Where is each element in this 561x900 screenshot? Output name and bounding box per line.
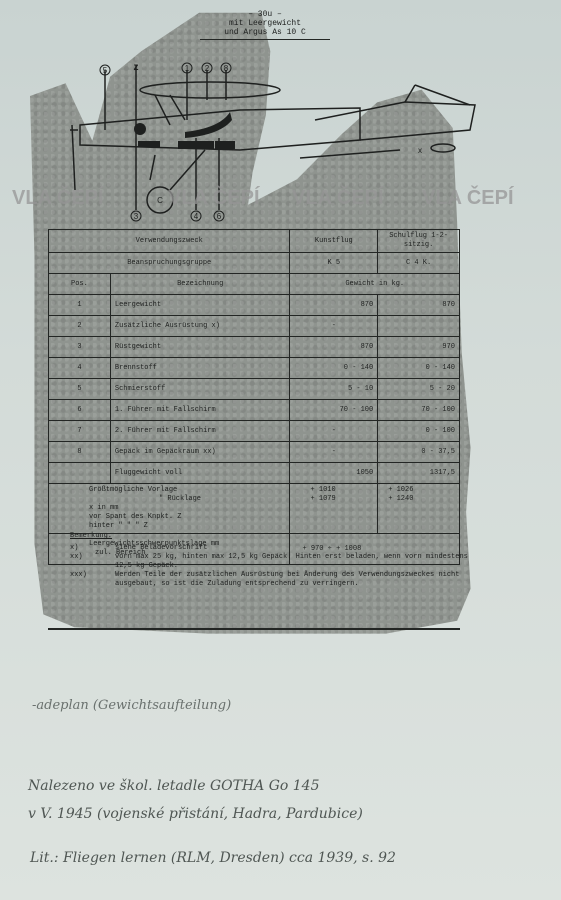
remarks-section: Bemerkung. x) siehe Beladevorschrift xx)…: [70, 532, 470, 589]
top-fragment-line3: und Argus As 10 C: [200, 28, 330, 37]
cg-label-line: x in mm: [89, 504, 285, 513]
row-pos: 8: [49, 442, 111, 463]
row-pos: 5: [49, 379, 111, 400]
row-pos: 3: [49, 337, 111, 358]
handwritten-date-note: v V. 1945 (vojenské přistání, Hadra, Par…: [28, 806, 363, 822]
row-value-a: 70 - 100: [290, 400, 378, 421]
remark-item: x) siehe Beladevorschrift: [70, 544, 470, 553]
row-name: Leergewicht: [110, 295, 290, 316]
row-pos: 2: [49, 316, 111, 337]
cg-range-b: + 1026 + 1240: [378, 484, 460, 534]
bottom-border-line: [48, 628, 460, 630]
row-value-b: 970: [378, 337, 460, 358]
handwritten-literature-note: Lit.: Fliegen lernen (RLM, Dresden) cca …: [30, 850, 396, 866]
cg-label-line: Größtmögliche Vorlage: [89, 486, 285, 495]
row-value-a: -: [290, 442, 378, 463]
verwendungszweck-label: Verwendungszweck: [49, 230, 290, 253]
cg-range-label: Größtmögliche Vorlage " Rücklage x in mm…: [49, 484, 290, 534]
table-row: 5 Schmierstoff 5 - 10 5 - 20: [49, 379, 460, 400]
table-row: 2 Zusätzliche Ausrüstung x) -: [49, 316, 460, 337]
table-header-row: Verwendungszweck Kunstflug Schulflug 1-2…: [49, 230, 460, 253]
remark-key: xx): [70, 553, 115, 571]
row-name: 1. Führer mit Fallschirm: [110, 400, 290, 421]
row-name: 2. Führer mit Fallschirm: [110, 421, 290, 442]
group-b: C 4 K.: [378, 253, 460, 274]
svg-text:C: C: [157, 196, 163, 205]
col-b-header: Schulflug 1-2-sitzig.: [378, 230, 460, 253]
row-value-b: 0 - 37,5: [378, 442, 460, 463]
pos-header: Pos.: [49, 274, 111, 295]
row-value-a: -: [290, 421, 378, 442]
table-row: 7 2. Führer mit Fallschirm - 0 - 100: [49, 421, 460, 442]
svg-text:z: z: [134, 62, 139, 73]
group-a: K 5: [290, 253, 378, 274]
row-value-a: 1050: [290, 463, 378, 484]
table-row: 8 Gepäck im Gepäckraum xx) - 0 - 37,5: [49, 442, 460, 463]
handwritten-title: -adeplan (Gewichtsaufteilung): [32, 698, 231, 713]
row-value-b: 0 - 140: [378, 358, 460, 379]
row-pos: 1: [49, 295, 111, 316]
cg-b-line: + 1240: [388, 495, 455, 504]
svg-text:x: x: [418, 146, 422, 155]
row-pos: 6: [49, 400, 111, 421]
svg-text:3: 3: [134, 212, 139, 221]
remark-text: siehe Beladevorschrift: [115, 544, 470, 553]
row-value-b: 0 - 100: [378, 421, 460, 442]
remark-key: xxx): [70, 571, 115, 589]
row-pos: [49, 463, 111, 484]
svg-text:1: 1: [185, 64, 190, 73]
top-fragment-line1: – 30u –: [200, 10, 330, 19]
table-column-header-row: Pos. Bezeichnung Gewicht in kg.: [49, 274, 460, 295]
cg-a-line: + 1079: [310, 495, 373, 504]
row-value-a: 870: [290, 295, 378, 316]
cg-range-row: Größtmögliche Vorlage " Rücklage x in mm…: [49, 484, 460, 534]
svg-text:2: 2: [205, 64, 210, 73]
watermark: VLA ČEPÍ: [168, 187, 260, 210]
row-value-b: 70 - 100: [378, 400, 460, 421]
top-fragment-text: – 30u – mit Leergewicht und Argus As 10 …: [200, 10, 330, 40]
cg-b-line: + 1026: [388, 486, 455, 495]
table-row-total: Fluggewicht voll 1050 1317,5: [49, 463, 460, 484]
row-value-b: 1317,5: [378, 463, 460, 484]
row-value-b: [378, 316, 460, 337]
cg-range-a: + 1010 + 1079: [290, 484, 378, 534]
row-name: Fluggewicht voll: [110, 463, 290, 484]
row-name: Zusätzliche Ausrüstung x): [110, 316, 290, 337]
beanspruchungsgruppe-label: Beanspruchungsgruppe: [49, 253, 290, 274]
svg-text:4: 4: [194, 212, 199, 221]
top-fragment-line2: mit Leergewicht: [200, 19, 330, 28]
table-row: 4 Brennstoff 0 - 140 0 - 140: [49, 358, 460, 379]
handwritten-found-note: Nalezeno ve škol. letadle GOTHA Go 145: [28, 778, 320, 794]
row-value-b: 870: [378, 295, 460, 316]
watermark: VLA ČEPÍ: [12, 187, 104, 210]
table-row: 3 Rüstgewicht 870 970: [49, 337, 460, 358]
watermark: VLA ČEPÍ: [292, 187, 384, 210]
scanned-document: – 30u – mit Leergewicht und Argus As 10 …: [30, 0, 475, 640]
svg-text:6: 6: [217, 212, 222, 221]
row-pos: 7: [49, 421, 111, 442]
row-value-a: -: [290, 316, 378, 337]
row-name: Schmierstoff: [110, 379, 290, 400]
remark-item: xxx) Werden Teile der zusätzlichen Ausrü…: [70, 571, 470, 589]
table-row: 6 1. Führer mit Fallschirm 70 - 100 70 -…: [49, 400, 460, 421]
cg-label-line: hinter " " " Z: [89, 522, 285, 531]
row-value-b: 5 - 20: [378, 379, 460, 400]
weight-distribution-table: Verwendungszweck Kunstflug Schulflug 1-2…: [48, 229, 460, 565]
gewicht-header: Gewicht in kg.: [290, 274, 460, 295]
watermark: VLA ČEPÍ: [422, 187, 514, 210]
col-a-header: Kunstflug: [290, 230, 378, 253]
cg-label-line: vor Spant des Knpkt. Z: [89, 513, 285, 522]
table-group-row: Beanspruchungsgruppe K 5 C 4 K.: [49, 253, 460, 274]
svg-text:5: 5: [103, 66, 108, 75]
remarks-title: Bemerkung.: [70, 532, 470, 541]
remark-key: x): [70, 544, 115, 553]
row-pos: 4: [49, 358, 111, 379]
cg-label-line: " Rücklage: [89, 495, 285, 504]
remark-text: vorn max 25 kg, hinten max 12,5 kg Gepäc…: [115, 553, 470, 571]
remark-text: Werden Teile der zusätzlichen Ausrüstung…: [115, 571, 470, 589]
row-name: Brennstoff: [110, 358, 290, 379]
remark-item: xx) vorn max 25 kg, hinten max 12,5 kg G…: [70, 553, 470, 571]
bezeichnung-header: Bezeichnung: [110, 274, 290, 295]
row-name: Rüstgewicht: [110, 337, 290, 358]
row-value-a: 0 - 140: [290, 358, 378, 379]
row-name: Gepäck im Gepäckraum xx): [110, 442, 290, 463]
cg-a-line: + 1010: [310, 486, 373, 495]
row-value-a: 5 - 10: [290, 379, 378, 400]
row-value-a: 870: [290, 337, 378, 358]
table-row: 1 Leergewicht 870 870: [49, 295, 460, 316]
svg-text:8: 8: [224, 64, 229, 73]
